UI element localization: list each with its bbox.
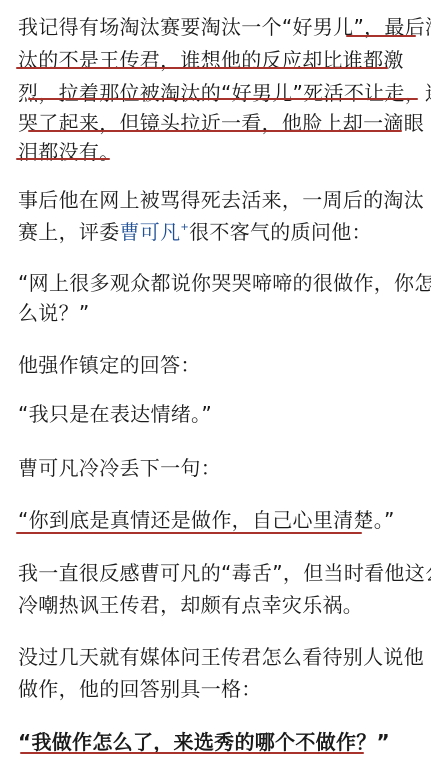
highlight-underline [16,158,110,160]
paragraph-2-line-2: 赛上，评委曹可凡+很不客气的质问他： [18,219,372,245]
paragraph-2-text-after-link: 很不客气的质问他： [189,220,372,244]
paragraph-9-line-1: 没过几天就有媒体问王传君怎么看待别人说他 [18,644,424,670]
paragraph-5: “我只是在表达情绪。” [18,401,212,427]
paragraph-2-text: 赛上，评委 [18,220,120,244]
paragraph-2-line-1: 事后他在网上被骂得死去活来，一周后的淘汰 [18,187,424,213]
highlight-underline [20,752,364,754]
highlight-underline [16,67,388,69]
paragraph-8-line-1: 我一直很反感曹可凡的“毒舌”，但当时看他这么 [18,560,431,586]
paragraph-3-line-1: “网上很多观众都说你哭哭啼啼的很做作，你怎 [18,270,431,296]
paragraph-1-line-2: 汰的不是王传君，谁想他的反应却比谁都激 [18,47,404,73]
paragraph-3-line-2: 么说？” [18,300,90,326]
paragraph-1-line-3: 烈，拉着那位被淘汰的“好男儿”死活不让走，还 [18,80,431,106]
paragraph-1-line-5: 泪都没有。 [18,139,120,165]
paragraph-1-line-4: 哭了起来，但镜头拉近一看，他脸上却一滴眼 [18,110,424,136]
link-cao-kefan[interactable]: 曹可凡 [120,220,181,244]
highlight-underline [346,35,416,37]
paragraph-8-line-2: 冷嘲热讽王传君，却颇有点幸灾乐祸。 [18,592,363,618]
highlight-underline [28,130,402,132]
paragraph-4: 他强作镇定的回答： [18,352,201,378]
paragraph-9-line-2: 做作，他的回答别具一格： [18,676,262,702]
paragraph-7: “你到底是真情还是做作，自己心里清楚。” [18,507,395,533]
link-plus-icon[interactable]: + [180,222,189,233]
highlight-underline [28,98,418,100]
paragraph-6: 曹可凡冷冷丢下一句： [18,455,221,481]
highlight-underline [16,532,362,534]
